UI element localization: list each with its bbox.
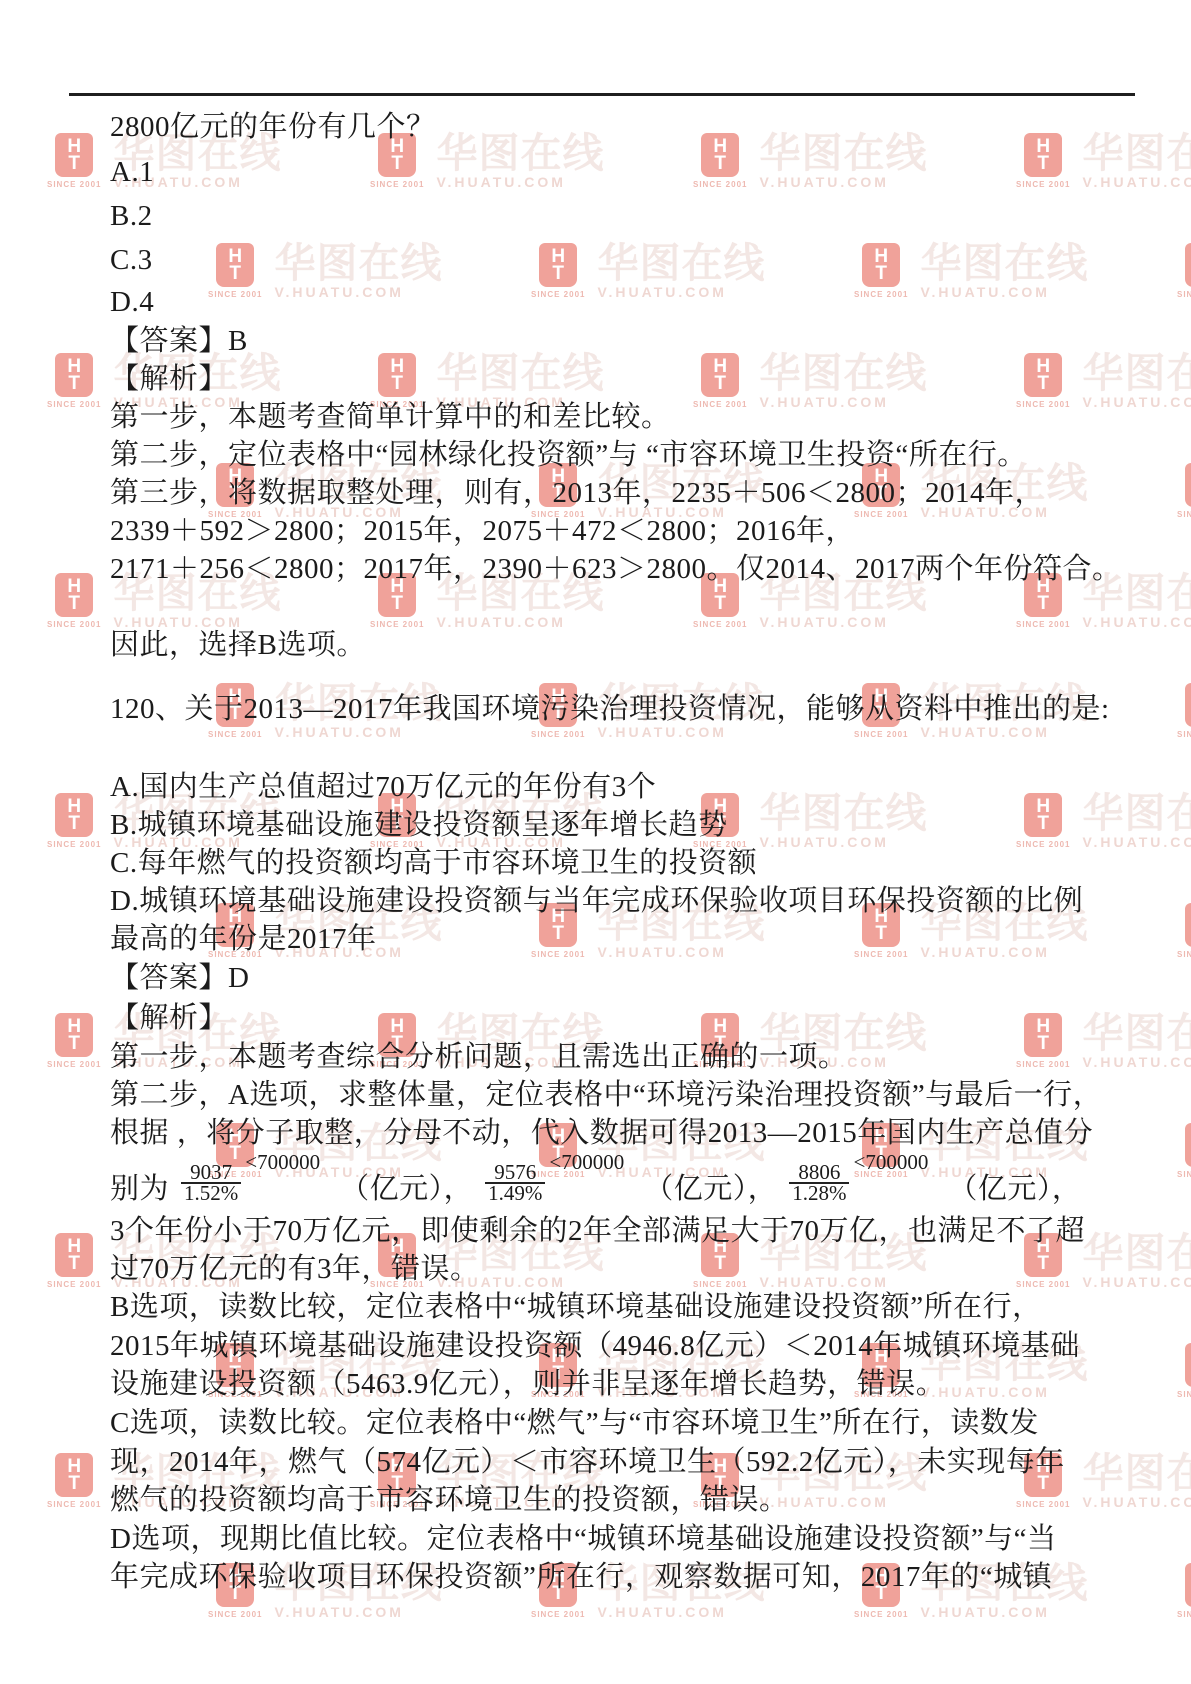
formula-line: 别为90371.52%<700000（亿元），95761.49%<700000（… xyxy=(110,1152,1150,1212)
option-d-120: D.城镇环境基础设施建设投资额与当年完成环保验收项目环保投资额的比例 xyxy=(110,882,1150,920)
solution-line: 过70万亿元的有3年，错误。 xyxy=(110,1250,1150,1288)
logo-letter-top: H xyxy=(67,1458,81,1475)
watermark: HTSINCE 2001华图在线V.HUATU.COM xyxy=(1177,1343,1191,1400)
watermark-since-label: SINCE 2001 xyxy=(47,620,101,629)
watermark-logo: HTSINCE 2001 xyxy=(47,1013,101,1069)
analysis-heading-119: 【解析】 xyxy=(110,360,1150,398)
huatu-logo-icon: HT xyxy=(55,133,93,177)
fraction: 90371.52% xyxy=(181,1163,241,1203)
solution-line: 2339＋592＞2800；2015年，2075＋472＜2800；2016年， xyxy=(110,512,1150,550)
fraction: 88061.28% xyxy=(789,1163,849,1203)
solution-line: 2171＋256＜2800；2017年，2390＋623＞2800。仅2014、… xyxy=(110,550,1150,588)
watermark-logo: HTSINCE 2001 xyxy=(47,1453,101,1509)
option-b-120: B.城镇环境基础设施建设投资额呈逐年增长趋势 xyxy=(110,806,1150,844)
logo-letter-bottom: T xyxy=(68,1035,80,1052)
unit-label: （亿元）， xyxy=(948,1174,1081,1204)
watermark-since-label: SINCE 2001 xyxy=(1177,1610,1191,1619)
huatu-logo-icon: HT xyxy=(55,1453,93,1497)
option-a-120: A.国内生产总值超过70万亿元的年份有3个 xyxy=(110,768,1150,806)
blank-line xyxy=(110,588,1150,626)
answer-line-119: 【答案】B xyxy=(110,322,1150,360)
document-content: 2800亿元的年份有几个？A.1B.2C.3D.4【答案】B【解析】第一步，本题… xyxy=(110,105,1150,1596)
huatu-logo-icon: HT xyxy=(55,1233,93,1277)
fraction-denominator: 1.49% xyxy=(485,1182,545,1203)
huatu-logo-icon: HT xyxy=(1185,1123,1191,1167)
formula-prefix: 别为 xyxy=(110,1174,169,1204)
question-tail-line: 2800亿元的年份有几个？ xyxy=(110,105,1150,150)
watermark: HTSINCE 2001华图在线V.HUATU.COM xyxy=(1177,1123,1191,1180)
document-page: HTSINCE 2001华图在线V.HUATU.COMHTSINCE 2001华… xyxy=(0,0,1191,1684)
solution-line: D选项，现期比值比较。定位表格中“城镇环境基础设施建设投资额”与“当 xyxy=(110,1520,1150,1558)
watermark-since-label: SINCE 2001 xyxy=(1177,1390,1191,1399)
watermark-since-label: SINCE 2001 xyxy=(47,1280,101,1289)
comparison-value: <700000 xyxy=(245,1132,320,1192)
solution-line: 第一步，本题考查简单计算中的和差比较。 xyxy=(110,398,1150,436)
option-d-120-continuation: 最高的年份是2017年 xyxy=(110,920,1150,958)
watermark-logo: HTSINCE 2001 xyxy=(1177,1563,1191,1619)
solution-line: 第三步，将数据取整处理，则有，2013年，2235＋506＜2800；2014年… xyxy=(110,474,1150,512)
huatu-logo-icon: HT xyxy=(1185,243,1191,287)
watermark: HTSINCE 2001华图在线V.HUATU.COM xyxy=(1177,903,1191,960)
solution-line: 设施建设投资额（5463.9亿元），则并非呈逐年增长趋势，错误。 xyxy=(110,1365,1150,1403)
fraction-numerator: 9576 xyxy=(491,1163,539,1182)
solution-line: 第二步，定位表格中“园林绿化投资额”与 “市容环境卫生投资“所在行。 xyxy=(110,436,1150,474)
watermark-since-label: SINCE 2001 xyxy=(1177,290,1191,299)
huatu-logo-icon: HT xyxy=(1185,463,1191,507)
watermark-logo: HTSINCE 2001 xyxy=(47,353,101,409)
watermark: HTSINCE 2001华图在线V.HUATU.COM xyxy=(1177,683,1191,740)
logo-letter-top: H xyxy=(67,138,81,155)
watermark-since-label: SINCE 2001 xyxy=(1177,950,1191,959)
watermark-logo: HTSINCE 2001 xyxy=(1177,683,1191,739)
watermark-logo: HTSINCE 2001 xyxy=(47,133,101,189)
watermark-logo: HTSINCE 2001 xyxy=(1177,243,1191,299)
page-top-rule xyxy=(69,93,1135,96)
huatu-logo-icon: HT xyxy=(55,353,93,397)
fraction-term: 95761.49%<700000（亿元）， xyxy=(473,1144,777,1204)
fraction-numerator: 8806 xyxy=(795,1163,843,1182)
watermark: HTSINCE 2001华图在线V.HUATU.COM xyxy=(1177,463,1191,520)
solution-line: 2015年城镇环境基础设施建设投资额（4946.8亿元）＜2014年城镇环境基础 xyxy=(110,1327,1150,1365)
unit-label: （亿元）， xyxy=(340,1174,473,1204)
watermark-since-label: SINCE 2001 xyxy=(1177,1170,1191,1179)
huatu-logo-icon: HT xyxy=(1185,683,1191,727)
watermark-logo: HTSINCE 2001 xyxy=(47,793,101,849)
option-a-119: A.1 xyxy=(110,150,1150,194)
huatu-logo-icon: HT xyxy=(55,573,93,617)
logo-letter-top: H xyxy=(67,798,81,815)
option-d-119: D.4 xyxy=(110,282,1150,322)
logo-letter-bottom: T xyxy=(68,595,80,612)
watermark-logo: HTSINCE 2001 xyxy=(1177,463,1191,519)
watermark-since-label: SINCE 2001 xyxy=(854,1610,908,1619)
analysis-heading-120: 【解析】 xyxy=(110,998,1150,1038)
logo-letter-bottom: T xyxy=(68,155,80,172)
solution-line: 第一步，本题考查综合分析问题，且需选出正确的一项。 xyxy=(110,1038,1150,1076)
watermark-since-label: SINCE 2001 xyxy=(47,400,101,409)
watermark-domain-label: V.HUATU.COM xyxy=(274,1604,442,1620)
logo-letter-top: H xyxy=(67,1238,81,1255)
watermark-logo: HTSINCE 2001 xyxy=(1177,1123,1191,1179)
logo-letter-bottom: T xyxy=(68,1475,80,1492)
watermark-domain-label: V.HUATU.COM xyxy=(597,1604,765,1620)
comparison-value: <700000 xyxy=(853,1132,928,1192)
watermark: HTSINCE 2001华图在线V.HUATU.COM xyxy=(1177,1563,1191,1620)
solution-line: 现，2014年，燃气（574亿元）＜市容环境卫生（592.2亿元），未实现每年 xyxy=(110,1443,1150,1481)
solution-line: 第二步，A选项，求整体量，定位表格中“环境污染治理投资额”与最后一行， xyxy=(110,1076,1150,1114)
option-b-119: B.2 xyxy=(110,194,1150,238)
fraction-term: 88061.28%<700000（亿元）， xyxy=(777,1144,1081,1204)
fraction-numerator: 9037 xyxy=(187,1163,235,1182)
huatu-logo-icon: HT xyxy=(1185,1343,1191,1387)
solution-line: B选项，读数比较，定位表格中“城镇环境基础设施建设投资额”所在行， xyxy=(110,1288,1150,1327)
logo-letter-top: H xyxy=(67,1018,81,1035)
logo-letter-bottom: T xyxy=(68,375,80,392)
watermark-logo: HTSINCE 2001 xyxy=(1177,903,1191,959)
watermark-logo: HTSINCE 2001 xyxy=(47,1233,101,1289)
watermark-since-label: SINCE 2001 xyxy=(47,1500,101,1509)
huatu-logo-icon: HT xyxy=(1185,903,1191,947)
huatu-logo-icon: HT xyxy=(55,793,93,837)
fraction-denominator: 1.28% xyxy=(789,1182,849,1203)
logo-letter-bottom: T xyxy=(68,1255,80,1272)
blank-line xyxy=(110,728,1150,768)
unit-label: （亿元）， xyxy=(644,1174,777,1204)
fraction-denominator: 1.52% xyxy=(181,1182,241,1203)
huatu-logo-icon: HT xyxy=(55,1013,93,1057)
option-c-119: C.3 xyxy=(110,238,1150,282)
answer-line-120: 【答案】D xyxy=(110,958,1150,998)
watermark-domain-label: V.HUATU.COM xyxy=(920,1604,1088,1620)
watermark-logo: HTSINCE 2001 xyxy=(47,573,101,629)
watermark: HTSINCE 2001华图在线V.HUATU.COM xyxy=(1177,243,1191,300)
fraction-term: 90371.52%<700000（亿元）， xyxy=(169,1144,473,1204)
logo-letter-top: H xyxy=(67,358,81,375)
watermark-since-label: SINCE 2001 xyxy=(47,1060,101,1069)
huatu-logo-icon: HT xyxy=(1185,1563,1191,1607)
solution-line: 年完成环保验收项目环保投资额”所在行，观察数据可知，2017年的“城镇 xyxy=(110,1558,1150,1596)
logo-letter-bottom: T xyxy=(68,815,80,832)
watermark-since-label: SINCE 2001 xyxy=(1177,510,1191,519)
conclusion-line-119: 因此，选择B选项。 xyxy=(110,626,1150,664)
comparison-value: <700000 xyxy=(549,1132,624,1192)
logo-letter-top: H xyxy=(67,578,81,595)
watermark-since-label: SINCE 2001 xyxy=(47,840,101,849)
blank-line xyxy=(110,664,1150,690)
watermark-logo: HTSINCE 2001 xyxy=(1177,1343,1191,1399)
watermark-since-label: SINCE 2001 xyxy=(1177,730,1191,739)
solution-line: C选项，读数比较。定位表格中“燃气”与“市容环境卫生”所在行，读数发 xyxy=(110,1403,1150,1443)
watermark-since-label: SINCE 2001 xyxy=(47,180,101,189)
question-stem-120: 120、关于2013—2017年我国环境污染治理投资情况，能够从资料中推出的是: xyxy=(110,690,1150,728)
solution-line: 3个年份小于70万亿元，即使剩余的2年全部满足大于70万亿，也满足不了超 xyxy=(110,1212,1150,1250)
option-c-120: C.每年燃气的投资额均高于市容环境卫生的投资额 xyxy=(110,844,1150,882)
watermark-since-label: SINCE 2001 xyxy=(208,1610,262,1619)
solution-line: 燃气的投资额均高于市容环境卫生的投资额，错误。 xyxy=(110,1481,1150,1520)
fraction: 95761.49% xyxy=(485,1163,545,1203)
watermark-since-label: SINCE 2001 xyxy=(531,1610,585,1619)
